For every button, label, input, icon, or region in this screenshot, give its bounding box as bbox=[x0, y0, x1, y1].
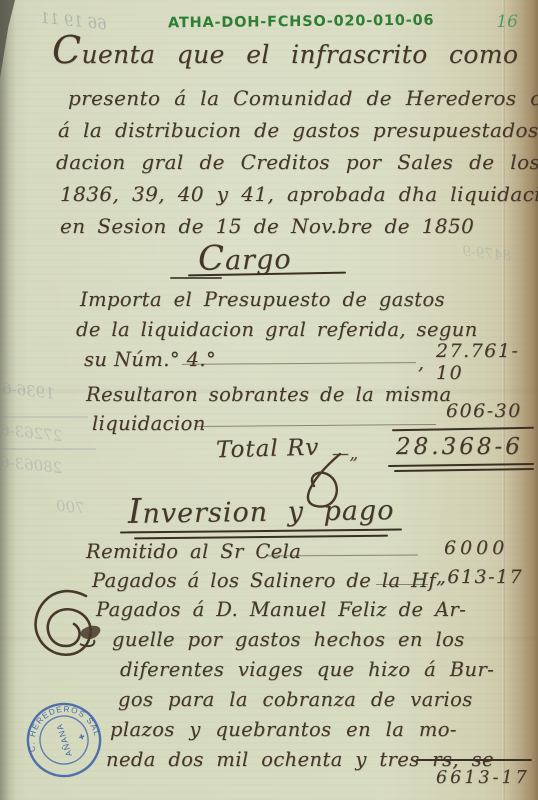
carry-sum-rule bbox=[416, 759, 532, 761]
cargo-entry-line: su Núm.° 4.° bbox=[84, 348, 216, 371]
dotted-leader bbox=[268, 553, 418, 556]
cargo-entry-line: Importa el Presupuesto de gastos bbox=[80, 288, 445, 311]
inversion-paragraph-line: guelle por gastos hechos en los bbox=[112, 628, 465, 651]
inversion-paragraph-line: plazos y quebrantos en la mo- bbox=[110, 718, 457, 741]
community-stamp: C. HEREDEROS SALINAS AÑANA ✚ bbox=[14, 690, 115, 791]
inversion-amount: „613-17 bbox=[436, 566, 523, 588]
carry-amount: 6613-17 bbox=[436, 768, 530, 788]
dotted-leader bbox=[376, 583, 428, 585]
title-line: dacion gral de Creditos por Sales de los… bbox=[56, 150, 538, 174]
inversion-heading-underline bbox=[134, 535, 388, 539]
total-amount: 28.368-6 bbox=[396, 434, 523, 460]
archive-reference-code: ATHA-DOH-FCHSO-020-010-06 bbox=[168, 13, 435, 32]
dotted-leader bbox=[182, 361, 416, 365]
title-line: 1836, 39, 40 y 41, aprobada dha liquidac… bbox=[60, 182, 538, 206]
inversion-paragraph-line: Pagados á D. Manuel Feliz de Ar- bbox=[96, 598, 466, 621]
page-gutter-shadow bbox=[0, 0, 16, 800]
bleedthrough-rule bbox=[0, 448, 96, 450]
margin-flourish-icon bbox=[22, 586, 114, 674]
inversion-amount: 6000 bbox=[444, 537, 508, 559]
cargo-amount: 27.761-10 bbox=[436, 340, 538, 384]
inversion-entry-text: Remitido al Sr Cela bbox=[86, 540, 301, 563]
title-line: en Sesion de 15 de Nov.bre de 1850 bbox=[60, 214, 474, 238]
dotted-leader bbox=[196, 423, 436, 427]
cargo-entry-line: de la liquidacion gral referida, segun bbox=[76, 318, 478, 341]
cargo-entry-line: Resultaron sobrantes de la misma bbox=[86, 383, 452, 406]
inversion-paragraph-line: gos para la cobranza de varios bbox=[118, 688, 473, 711]
inversion-heading: Inversion y pago bbox=[128, 488, 395, 532]
stamp-cross-icon: ✚ bbox=[78, 733, 86, 742]
title-line: á la distribucion de gastos presupuestad… bbox=[58, 118, 538, 142]
bleedthrough-rule bbox=[0, 416, 88, 418]
cargo-entry-line: liquidacion bbox=[92, 412, 206, 435]
punctuation: , bbox=[418, 352, 424, 374]
bleedthrough-text: 700 bbox=[55, 497, 85, 518]
title-line: presento á la Comunidad de Herederos cor… bbox=[68, 86, 538, 110]
folio-number: 16 bbox=[496, 12, 518, 32]
stamp-ring-text: C. HEREDEROS SALINAS bbox=[8, 684, 102, 761]
cargo-heading-underline bbox=[170, 277, 222, 279]
cargo-amount: 606-30 bbox=[446, 400, 522, 422]
title-line: Cuenta que el infrascrito como Diputado bbox=[52, 40, 538, 69]
inversion-entry-text: Pagados á los Salinero de la Hf bbox=[92, 569, 436, 592]
stamp-center-text: AÑANA bbox=[54, 722, 74, 758]
inversion-paragraph-line: diferentes viages que hizo á Bur- bbox=[120, 658, 494, 681]
manuscript-page: ATHA-DOH-FCHSO-020-010-06 16 66 19 11 84… bbox=[0, 0, 538, 800]
svg-text:C. HEREDEROS SALINAS: C. HEREDEROS SALINAS bbox=[8, 684, 102, 761]
